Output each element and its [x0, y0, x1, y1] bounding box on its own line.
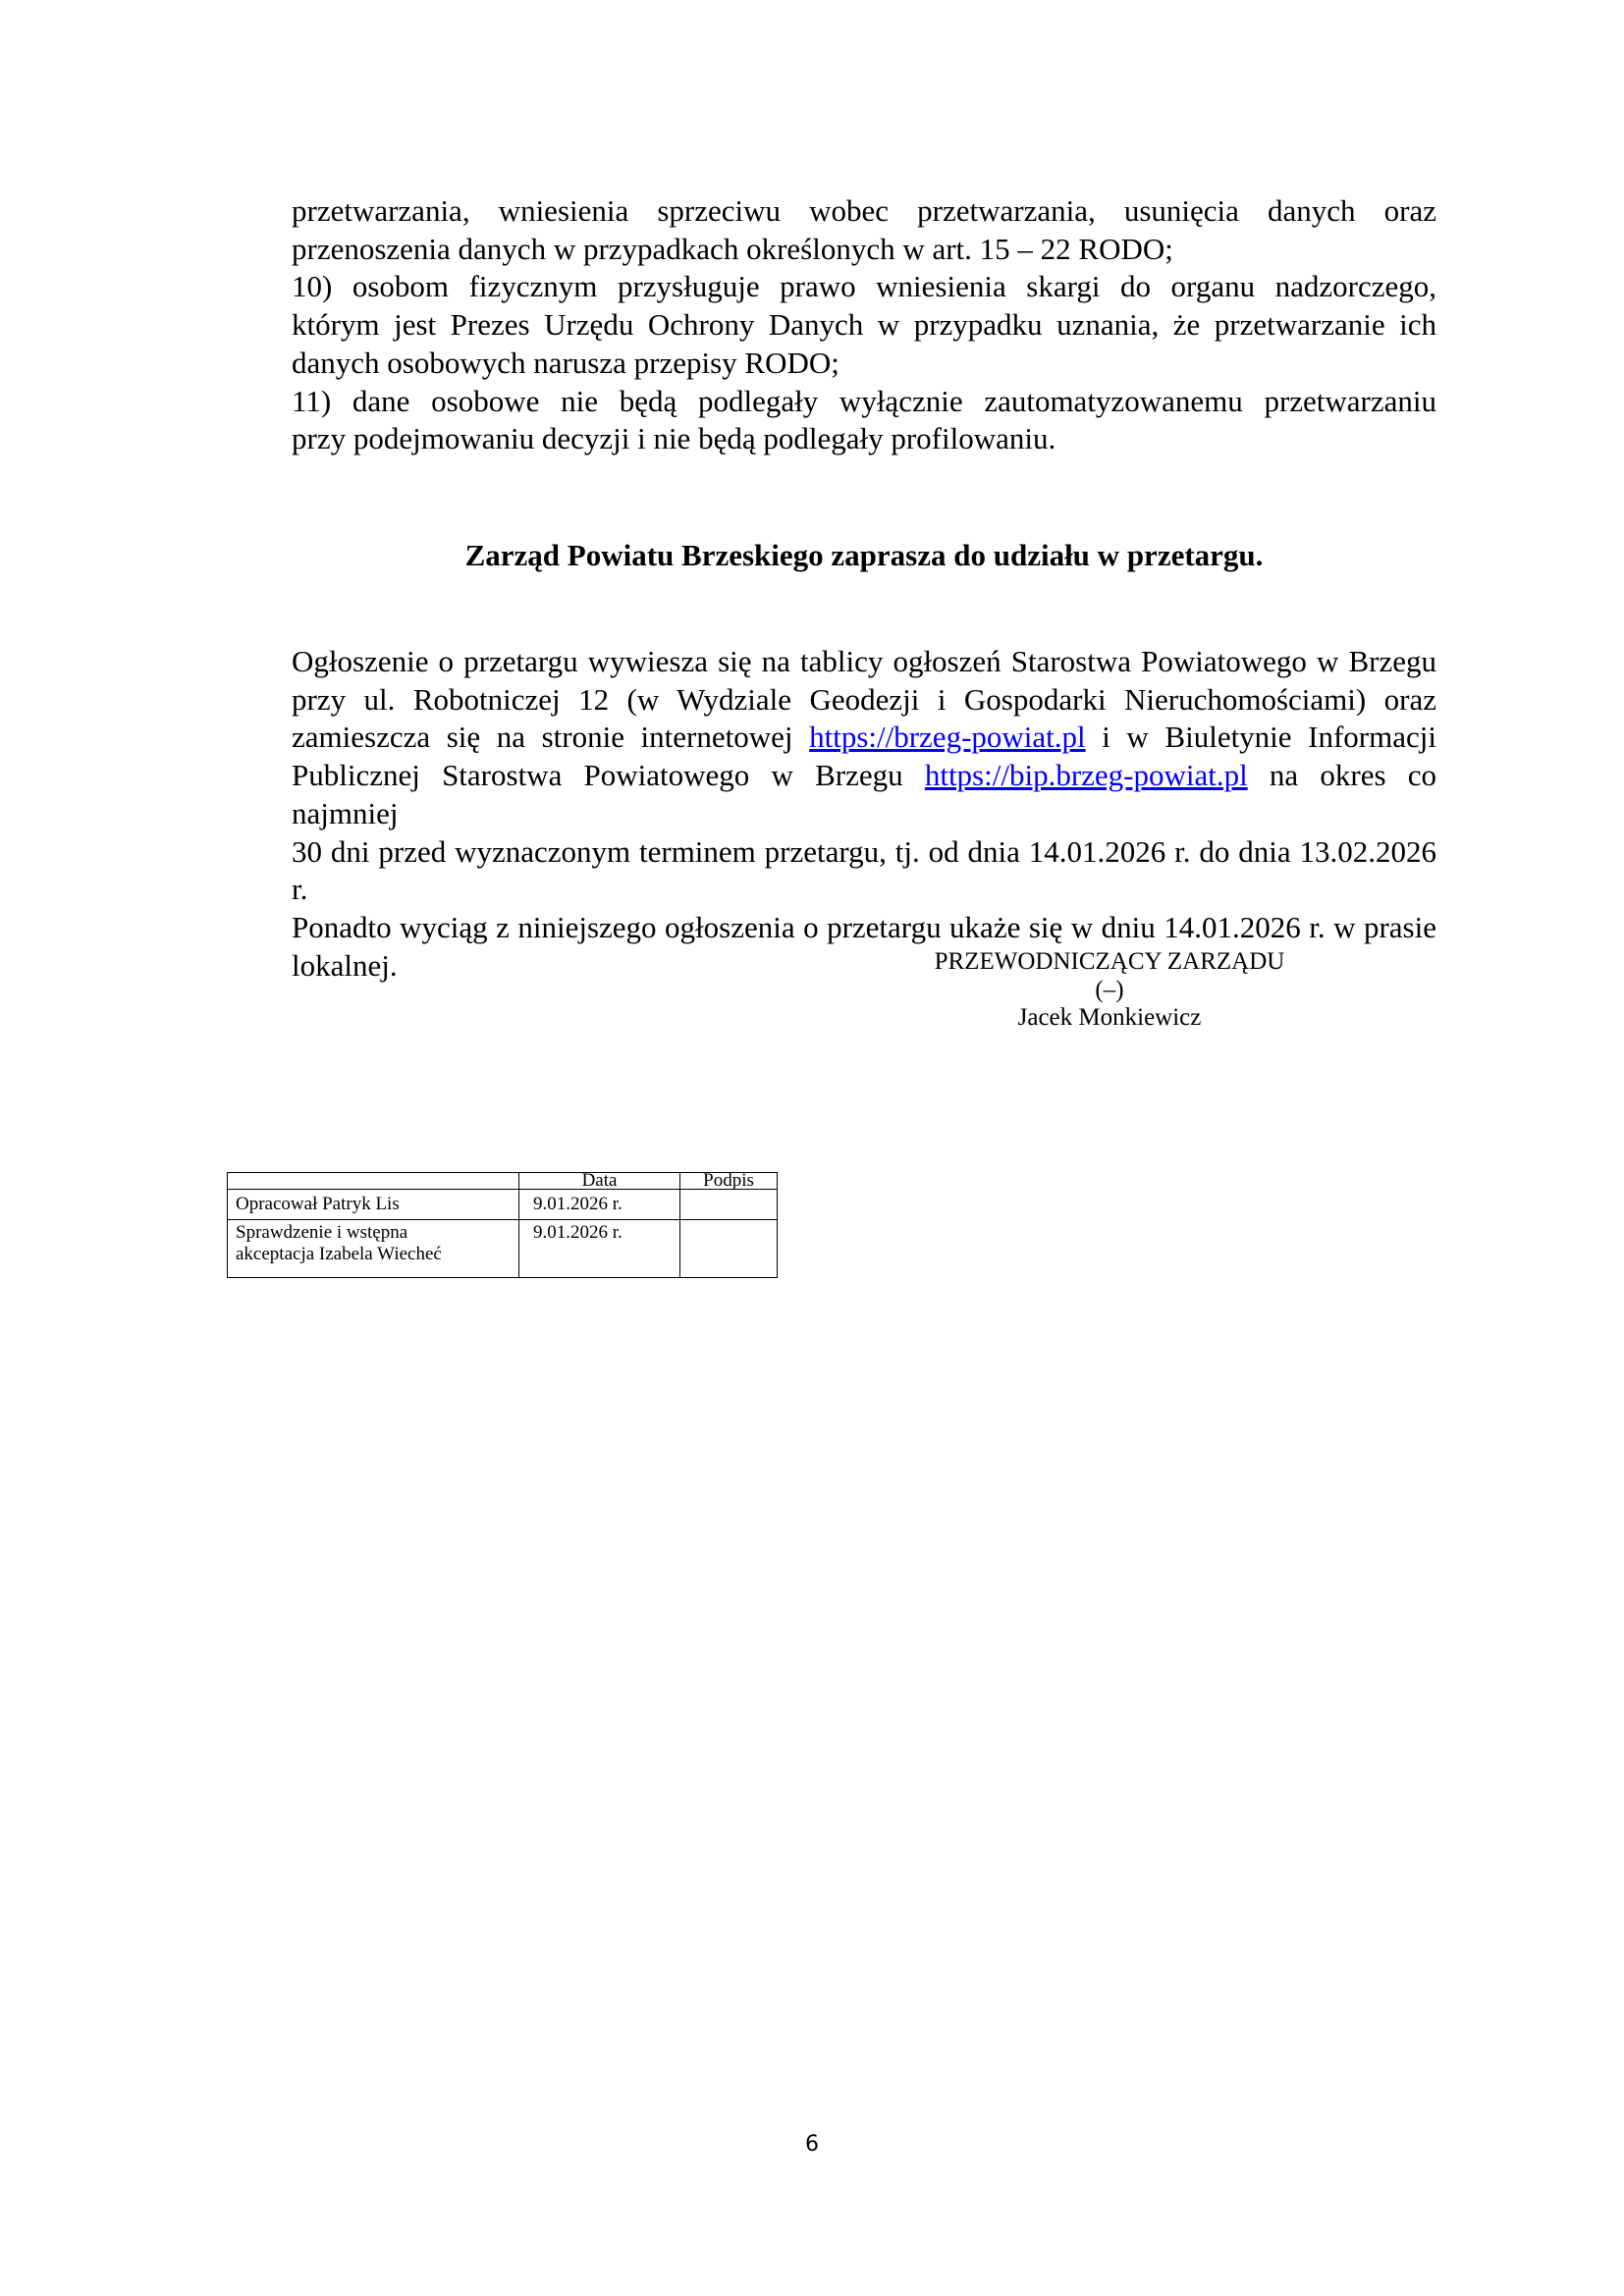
text-line: przy ul. Robotniczej 12 (w Wydziale Geod…: [292, 681, 1436, 720]
cell-date: 9.01.2026 r.: [519, 1190, 680, 1220]
document-page: przetwarzania, wniesienia sprzeciwu wobe…: [0, 0, 1624, 2296]
table-row: Sprawdzenie i wstępna akceptacja Izabela…: [228, 1220, 778, 1278]
text-line: 11) dane osobowe nie będą podlegały wyłą…: [292, 383, 1436, 421]
signatory-title: PRZEWODNICZĄCY ZARZĄDU: [884, 948, 1335, 977]
table-header-row: Data Podpis: [228, 1173, 778, 1190]
signatory-name: Jacek Monkiewicz: [884, 1004, 1335, 1033]
page-number: 6: [0, 2132, 1624, 2158]
powiat-website-link[interactable]: https://brzeg-powiat.pl: [809, 720, 1086, 754]
signature-block: PRZEWODNICZĄCY ZARZĄDU (–) Jacek Monkiew…: [884, 948, 1335, 1033]
cell-signature: [680, 1190, 778, 1220]
cell-description: Sprawdzenie i wstępna akceptacja Izabela…: [228, 1220, 519, 1278]
text-line: przetwarzania, wniesienia sprzeciwu wobe…: [292, 192, 1436, 231]
text-line: przenoszenia danych w przypadkach określ…: [292, 231, 1436, 269]
text-line: danych osobowych narusza przepisy RODO;: [292, 345, 1436, 383]
cell-signature: [680, 1220, 778, 1278]
text-line: 30 dni przed wyznaczonym terminem przeta…: [292, 833, 1436, 909]
invitation-heading: Zarząd Powiatu Brzeskiego zaprasza do ud…: [292, 536, 1436, 575]
text-line: Ponadto wyciąg z niniejszego ogłoszenia …: [292, 909, 1436, 947]
cell-description: Opracował Patryk Lis: [228, 1190, 519, 1220]
announcement-paragraph: Ogłoszenie o przetargu wywiesza się na t…: [292, 643, 1436, 985]
text-line: Publicznej Starostwa Powiatowego w Brzeg…: [292, 757, 1436, 832]
header-description: [228, 1173, 519, 1190]
cell-date: 9.01.2026 r.: [519, 1220, 680, 1278]
bip-website-link[interactable]: https://bip.brzeg-powiat.pl: [925, 758, 1248, 792]
text-line: 10) osobom fizycznym przysługuje prawo w…: [292, 268, 1436, 306]
signature-mark: (–): [884, 977, 1335, 1005]
text-segment: zamieszcza się na stronie internetowej: [292, 720, 809, 754]
text-line: którym jest Prezes Urzędu Ochrony Danych…: [292, 306, 1436, 345]
header-date: Data: [519, 1173, 680, 1190]
text-segment: Publicznej Starostwa Powiatowego w Brzeg…: [292, 758, 925, 792]
table-row: Opracował Patryk Lis 9.01.2026 r.: [228, 1190, 778, 1220]
text-line: Ogłoszenie o przetargu wywiesza się na t…: [292, 643, 1436, 681]
header-signature: Podpis: [680, 1173, 778, 1190]
text-segment: i w Biuletynie Informacji: [1086, 720, 1436, 754]
cell-description-line: Sprawdzenie i wstępna: [236, 1222, 511, 1244]
rodo-clause-section: przetwarzania, wniesienia sprzeciwu wobe…: [292, 192, 1436, 458]
approval-table: Data Podpis Opracował Patryk Lis 9.01.20…: [227, 1172, 778, 1278]
text-line: zamieszcza się na stronie internetowej h…: [292, 719, 1436, 757]
text-line: przy podejmowaniu decyzji i nie będą pod…: [292, 420, 1436, 458]
cell-description-line: akceptacja Izabela Wiecheć: [236, 1244, 511, 1265]
